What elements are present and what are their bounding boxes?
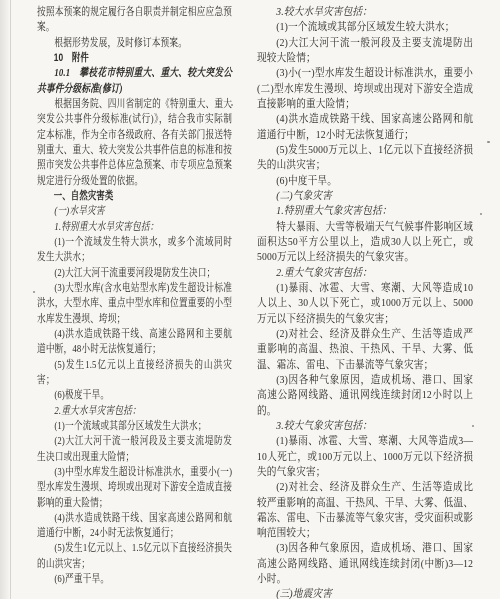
paragraph: (6)中度干旱。 — [257, 174, 473, 189]
paragraph: (二)气象灾害 — [257, 189, 473, 204]
paragraph: 2.重大气象灾害包括： — [257, 266, 473, 281]
paragraph: (5)发生5000万元以上、1亿元以下直接经济损失的山洪灾害； — [257, 143, 473, 174]
paragraph: 根据形势发展，及时修订本预案。 — [37, 36, 232, 51]
right-column: 3.较大水旱灾害包括：(1)一个流域或其部分区域发生较大洪水；(2)大江大河干流… — [257, 5, 473, 599]
paragraph: (1)一个流域或其部分区域发生大洪水； — [37, 419, 232, 434]
paragraph: (3)小(一)型水库发生超设计标准洪水，重要小(二)型水库发生漫坝、垮坝或出现对… — [257, 66, 473, 112]
paragraph: 1.特别重大水旱灾害包括： — [37, 220, 232, 235]
paragraph: (一)水旱灾害 — [37, 204, 232, 219]
paragraph: (3)因各种气象原因，造成机场、港口、国家高速公路网线路、通讯网线连续封闭(中断… — [257, 541, 473, 587]
paragraph: (2)大江大河干流重要河段堤防发生决口； — [37, 266, 232, 281]
paragraph: 3.较大水旱灾害包括： — [257, 5, 473, 20]
document-page: 按照本预案的规定履行各自职责并制定相应应急预案。根据形势发展，及时修订本预案。1… — [0, 0, 500, 599]
scan-speck — [231, 104, 233, 106]
paragraph: 1.特别重大气象灾害包括： — [257, 204, 473, 219]
scan-speck — [487, 141, 490, 143]
paragraph: (2)对社会、经济及群众生产、生活等造成比较严重影响的高温、干热风、干旱、大雾、… — [257, 480, 473, 541]
paragraph: 按照本预案的规定履行各自职责并制定相应应急预案。 — [37, 5, 232, 36]
paragraph: (5)发生1亿元以上、1.5亿元以下直接经济损失的山洪灾害； — [37, 541, 232, 572]
paragraph: 3.较大气象灾害包括： — [257, 419, 473, 434]
paragraph: 10.1 攀枝花市特别重大、重大、较大突发公共事件分级标准(修订) — [37, 66, 232, 97]
paragraph: (1)暴雨、冰雹、大雪、寒潮、大风等造成10人以上、30人以下死亡，或1000万… — [257, 281, 473, 327]
scan-speck — [472, 425, 474, 427]
paragraph: (6)严重干旱。 — [37, 572, 232, 587]
paragraph: 根据国务院、四川省制定的《特别重大、重大突发公共事件分级标准(试行)》，结合我市… — [37, 97, 232, 189]
scan-speck — [33, 291, 35, 293]
paragraph: (2)大江大河干流一般河段及主要支流堤防出现较大险情； — [257, 36, 473, 67]
paragraph: (1)一个流域或其部分区域发生较大洪水； — [257, 20, 473, 35]
paragraph: (1)一个流域发生特大洪水，或多个流域同时发生大洪水； — [37, 235, 232, 266]
paragraph: 特大暴雨、大雪等极端天气气候事件影响区域面积达50平方公里以上，造成30人以上死… — [257, 220, 473, 266]
paragraph: (4)洪水造成铁路干线、高速公路网和主要航道中断，48小时无法恢复通行； — [37, 327, 232, 358]
paragraph: 10 附件 — [37, 51, 232, 66]
paragraph: (2)大江大河干流一般河段及主要支流堤防发生决口或出现重大险情； — [37, 434, 232, 465]
left-column: 按照本预案的规定履行各自职责并制定相应应急预案。根据形势发展，及时修订本预案。1… — [37, 5, 232, 587]
scan-speck — [480, 213, 482, 215]
paragraph: (4)洪水造成铁路干线、国家高速公路网和航道通行中断，24小时无法恢复通行； — [37, 511, 232, 542]
paragraph: (4)洪水造成铁路干线、国家高速公路网和航道通行中断，12小时无法恢复通行； — [257, 112, 473, 143]
paragraph: (3)大型水库(含水电站型水库)发生超设计标准洪水，大型水库、重点中型水库和位置… — [37, 281, 232, 327]
paragraph: (三)地震灾害 — [257, 587, 473, 599]
paragraph: (2)对社会、经济及群众生产、生活等造成严重影响的高温、热浪、干热风、干旱、大雾… — [257, 327, 473, 373]
paragraph: (6)极度干旱。 — [37, 388, 232, 403]
paragraph: (3)因各种气象原因，造成机场、港口、国家高速公路网线路、通讯网线连续封闭12小… — [257, 373, 473, 419]
paragraph: (3)中型水库发生超设计标准洪水，重要小(一)型水库发生漫坝、垮坝或出现对下游安… — [37, 465, 232, 511]
paragraph: 2.重大水旱灾害包括： — [37, 404, 232, 419]
paragraph: 一、自然灾害类 — [37, 189, 232, 204]
paragraph: (5)发生1.5亿元以上直接经济损失的山洪灾害； — [37, 358, 232, 389]
paragraph: (1)暴雨、冰雹、大雪、寒潮、大风等造成3—10人死亡，或100万元以上、100… — [257, 434, 473, 480]
scan-edge-artifact — [0, 0, 11, 599]
